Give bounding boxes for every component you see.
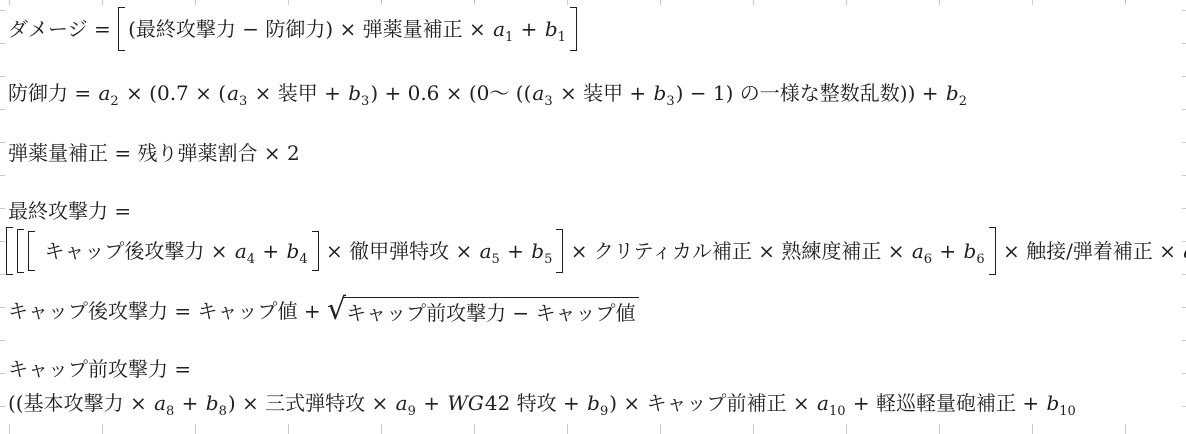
right-bracket	[556, 229, 563, 273]
variable: a3	[531, 81, 553, 106]
formula-text: × 装甲 +	[554, 81, 653, 106]
variable: a5	[479, 239, 501, 264]
formula-text: +	[933, 239, 962, 264]
variable: a4	[234, 239, 256, 264]
variable-subscript: 8	[166, 404, 174, 419]
variable: a9	[395, 391, 417, 416]
variable: a1	[492, 17, 514, 42]
formula-final-attack-lhs: 最終攻撃力 =	[8, 198, 131, 224]
right-bracket	[570, 7, 577, 51]
variable: b2	[945, 81, 968, 106]
formula-text: 弾薬量補正 = 残り弾薬割合 × 2	[8, 141, 300, 166]
left-bracket	[17, 229, 24, 273]
variable-subscript: 5	[544, 252, 552, 267]
formula-text: × 装甲 +	[248, 81, 347, 106]
variable: b9	[586, 391, 609, 416]
formula-text: キャップ後攻撃力 = キャップ値 +	[8, 299, 327, 324]
formula-text: +	[514, 17, 543, 42]
variable-subscript: 10	[829, 404, 846, 419]
formula-text: + 軽巡軽量砲補正 +	[846, 391, 1045, 416]
variable: b8	[205, 391, 228, 416]
variable: a8	[153, 391, 175, 416]
formula-text: +	[417, 391, 446, 416]
formula-text: × (0.7 × (	[120, 81, 226, 106]
variable-subscript: 1	[505, 30, 513, 45]
variable-subscript: 6	[976, 252, 984, 267]
left-bracket	[6, 227, 13, 275]
formula-defense: 防御力 = a2 × (0.7 × (a3 × 装甲 + b3) + 0.6 ×…	[8, 78, 968, 108]
formula-text: キャップ後攻撃力 ×	[38, 239, 234, 264]
formula-text: ) + 0.6 × (0〜 ((	[370, 81, 531, 106]
formula-text: 防御力 =	[8, 81, 97, 106]
variable: a3	[226, 81, 248, 106]
formula-text: × 徹甲弾特攻 ×	[320, 239, 479, 264]
formula-text: 42 特攻 +	[485, 391, 586, 416]
variable: b3	[653, 81, 676, 106]
variable: b5	[530, 239, 553, 264]
formula-damage: ダメージ = (最終攻撃力 − 防御力) × 弾薬量補正 × a1 + b1	[8, 6, 578, 52]
left-bracket	[28, 231, 35, 271]
right-bracket	[312, 231, 319, 271]
formula-text: 最終攻撃力 =	[8, 199, 131, 224]
variable-subscript: 1	[558, 30, 566, 45]
formula-pre-cap-attack-lhs: キャップ前攻撃力 =	[8, 356, 191, 382]
formula-sheet: ダメージ = (最終攻撃力 − 防御力) × 弾薬量補正 × a1 + b1 防…	[0, 0, 1186, 434]
variable-subscript: 9	[600, 404, 608, 419]
variable: a7	[1182, 239, 1186, 264]
formula-post-cap-attack: キャップ後攻撃力 = キャップ値 + √キャップ前攻撃力 − キャップ値	[8, 291, 639, 331]
formula-text: +	[256, 239, 285, 264]
variable-subscript: 3	[239, 94, 247, 109]
formula-text: × 触接/弾着補正 ×	[997, 239, 1183, 264]
formula-text: ((基本攻撃力 ×	[8, 391, 153, 416]
variable: a2	[97, 81, 119, 106]
variable: a10	[816, 391, 846, 416]
sqrt-expression: √キャップ前攻撃力 − キャップ値	[327, 297, 639, 326]
right-bracket	[989, 227, 996, 275]
variable-subscript: 2	[959, 94, 967, 109]
variable: b1	[544, 17, 567, 42]
variable-subscript: 5	[492, 252, 500, 267]
formula-text: キャップ前攻撃力 − キャップ値	[346, 301, 635, 325]
variable-subscript: 4	[299, 252, 307, 267]
formula-pre-cap-attack-rhs: ((基本攻撃力 × a8 + b8) × 三式弾特攻 × a9 + WG42 特…	[8, 386, 1077, 420]
variable-subscript: 3	[361, 94, 369, 109]
formula-text: +	[175, 391, 204, 416]
variable: WG	[446, 391, 485, 416]
formula-page: { "page": { "background_color": "#ffffff…	[0, 0, 1186, 434]
formula-text: キャップ前攻撃力 =	[8, 357, 191, 382]
variable-subscript: 2	[110, 94, 118, 109]
variable: b3	[347, 81, 370, 106]
variable-subscript: 3	[666, 94, 674, 109]
variable: b4	[286, 239, 309, 264]
variable-subscript: 6	[924, 252, 932, 267]
formula-text: ) × 三式弾特攻 ×	[228, 391, 395, 416]
variable-subscript: 3	[544, 94, 552, 109]
variable-subscript: 10	[1059, 404, 1076, 419]
formula-text: ) × キャップ前補正 ×	[609, 391, 816, 416]
variable: b10	[1045, 391, 1076, 416]
radicand: キャップ前攻撃力 − キャップ値	[343, 297, 638, 326]
variable: a6	[911, 239, 933, 264]
formula-text: × クリティカル補正 × 熟練度補正 ×	[564, 239, 910, 264]
formula-text: ダメージ =	[8, 17, 117, 42]
formula-ammo-modifier: 弾薬量補正 = 残り弾薬割合 × 2	[8, 139, 300, 167]
variable-subscript: 9	[408, 404, 416, 419]
formula-final-attack-rhs: キャップ後攻撃力 × a4 + b4 × 徹甲弾特攻 × a5 + b5 × ク…	[5, 226, 1186, 276]
formula-text: +	[501, 239, 530, 264]
variable: b6	[963, 239, 986, 264]
formula-text: (最終攻撃力 − 防御力) × 弾薬量補正 ×	[128, 17, 492, 42]
left-bracket	[118, 7, 125, 51]
variable-subscript: 8	[219, 404, 227, 419]
formula-text: ) − 1) の一様な整数乱数)) +	[676, 81, 945, 106]
variable-subscript: 4	[247, 252, 255, 267]
